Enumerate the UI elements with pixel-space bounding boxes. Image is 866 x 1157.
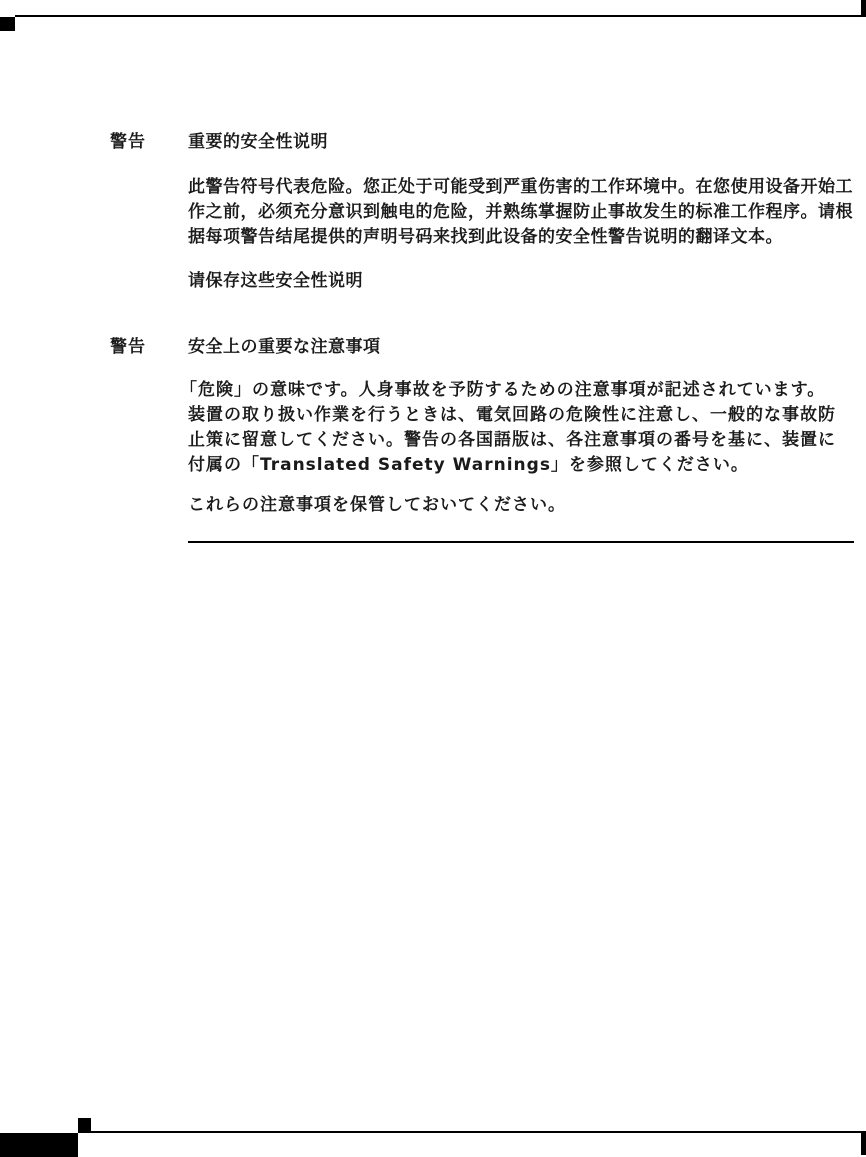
document-page: 警告 重要的安全性说明 此警告符号代表危险。您正处于可能受到严重伤害的工作环境中…	[0, 0, 866, 1157]
top-left-corner-mark	[0, 17, 15, 31]
warning-body-line: 止策に留意してください。警告の各国語版は、各注意事項の番号を基に、装置に	[188, 428, 836, 453]
warning-body-line: 作之前，必须充分意识到触电的危险，并熟练掌握防止事故发生的标准工作程序。请根	[188, 200, 853, 225]
warning-body-line: 此警告符号代表危险。您正处于可能受到严重伤害的工作环境中。在您使用设备开始工	[188, 175, 853, 200]
warning-body-japanese: 「危険」の意味です。人身事故を予防するための注意事項が記述されています。 装置の…	[188, 378, 836, 478]
bottom-edge-rule	[78, 1131, 866, 1133]
bottom-right-corner-mark	[861, 1133, 866, 1155]
warning-save-line-chinese: 请保存这些安全性说明	[188, 269, 363, 294]
bottom-left-footer-block	[0, 1133, 78, 1157]
warning-title-japanese: 安全上の重要な注意事項	[188, 337, 381, 357]
top-edge-rule	[15, 15, 866, 17]
warning-body-chinese: 此警告符号代表危险。您正处于可能受到严重伤害的工作环境中。在您使用设备开始工 作…	[188, 175, 853, 250]
top-right-corner-mark	[861, 0, 866, 16]
warning-body-line: 「危険」の意味です。人身事故を予防するための注意事項が記述されています。	[180, 378, 836, 403]
warning-body-line: 装置の取り扱い作業を行うときは、電気回路の危険性に注意し、一般的な事故防	[188, 403, 836, 428]
warning-body-line: 付属の「Translated Safety Warnings」を参照してください…	[188, 453, 836, 478]
warning-title-chinese: 重要的安全性说明	[188, 132, 328, 152]
warning-body-line: 据每项警告结尾提供的声明号码来找到此设备的安全性警告说明的翻译文本。	[188, 225, 853, 250]
section-divider-rule	[188, 541, 854, 543]
bottom-left-corner-mark	[78, 1118, 91, 1131]
warning-label-japanese: 警告	[110, 337, 146, 357]
warning-label-chinese: 警告	[110, 132, 146, 152]
warning-save-line-japanese: これらの注意事項を保管しておいてください。	[188, 493, 566, 518]
